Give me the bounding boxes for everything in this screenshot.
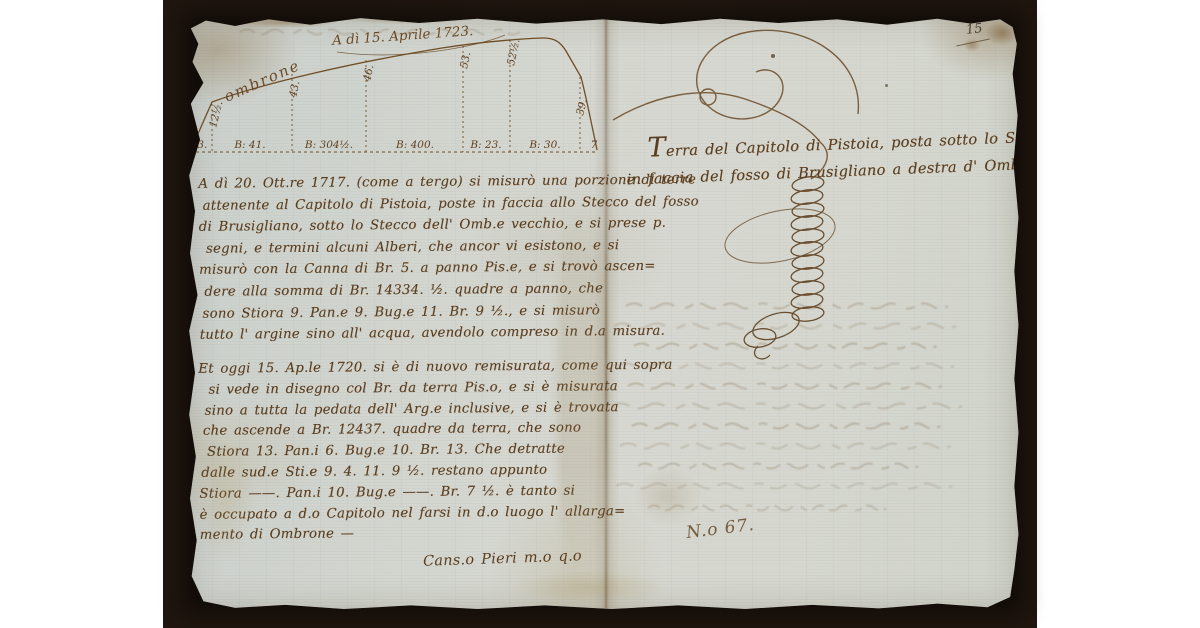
measure-label: B: 400.: [395, 139, 434, 151]
centre-fold-crease: [605, 18, 607, 608]
manuscript-line: dere alla somma di Br. 14334. ½. quadre …: [204, 278, 603, 303]
measure-label: B: 30.: [528, 139, 560, 151]
land-survey-diagram: A dì 15. Aprile 1723. ombrone 13. B: 41.…: [187, 24, 605, 174]
divider-value: 39.: [574, 98, 590, 117]
spiral-flourish: [697, 30, 859, 119]
manuscript-line: è occupato a d.o Capitolo nel farsi in d…: [199, 502, 603, 526]
divider-value: 52½.: [505, 38, 522, 67]
manuscript-line: tutto l' argine sino all' acqua, avendol…: [200, 321, 604, 346]
photo-backdrop: A dì 15. Aprile 1723. ombrone 13. B: 41.…: [163, 0, 1037, 628]
divider-value: 53.: [458, 51, 473, 70]
parcel-divider-lines: [212, 40, 580, 152]
manuscript-photo-page: A dì 15. Aprile 1723. ombrone 13. B: 41.…: [0, 0, 1200, 628]
bleedthrough-text-right: [608, 296, 968, 536]
manuscript-line: A dì 20. Ott.re 1717. (come a tergo) si …: [198, 170, 602, 195]
measure-labels: 13. B: 41. B: 304½. B: 400. B: 23. B: 30…: [191, 139, 598, 151]
measure-label: B: 23.: [469, 139, 501, 151]
divider-value: 12½.: [207, 100, 225, 129]
measure-label: B: 41.: [233, 139, 265, 151]
measure-label: 7: [591, 139, 598, 151]
divider-value: 46.: [361, 64, 376, 84]
measure-label: B: 304½.: [304, 139, 353, 151]
manuscript-spread: A dì 15. Aprile 1723. ombrone 13. B: 41.…: [185, 14, 1021, 612]
manuscript-line: Stiora ——. Pan.i 10. Bug.e ——. Br. 7 ½. …: [199, 481, 603, 505]
left-page-paragraph-2: Et oggi 15. Ap.le 1720. si è di nuovo re…: [198, 356, 604, 547]
swash-loop: [700, 89, 716, 105]
diagram-date-title: A dì 15. Aprile 1723.: [330, 23, 474, 49]
right-page: 15: [608, 14, 1021, 612]
divider-value: 43.: [287, 80, 302, 100]
surveyor-signature: Cans.o Pieri m.o q.o: [423, 548, 582, 570]
left-page-paragraph-1: A dì 20. Ott.re 1717. (come a tergo) si …: [198, 170, 603, 346]
manuscript-line: si vede in disegno col Br. da terra Pis.…: [208, 377, 602, 401]
manuscript-line: mento di Ombrone —: [200, 523, 604, 547]
